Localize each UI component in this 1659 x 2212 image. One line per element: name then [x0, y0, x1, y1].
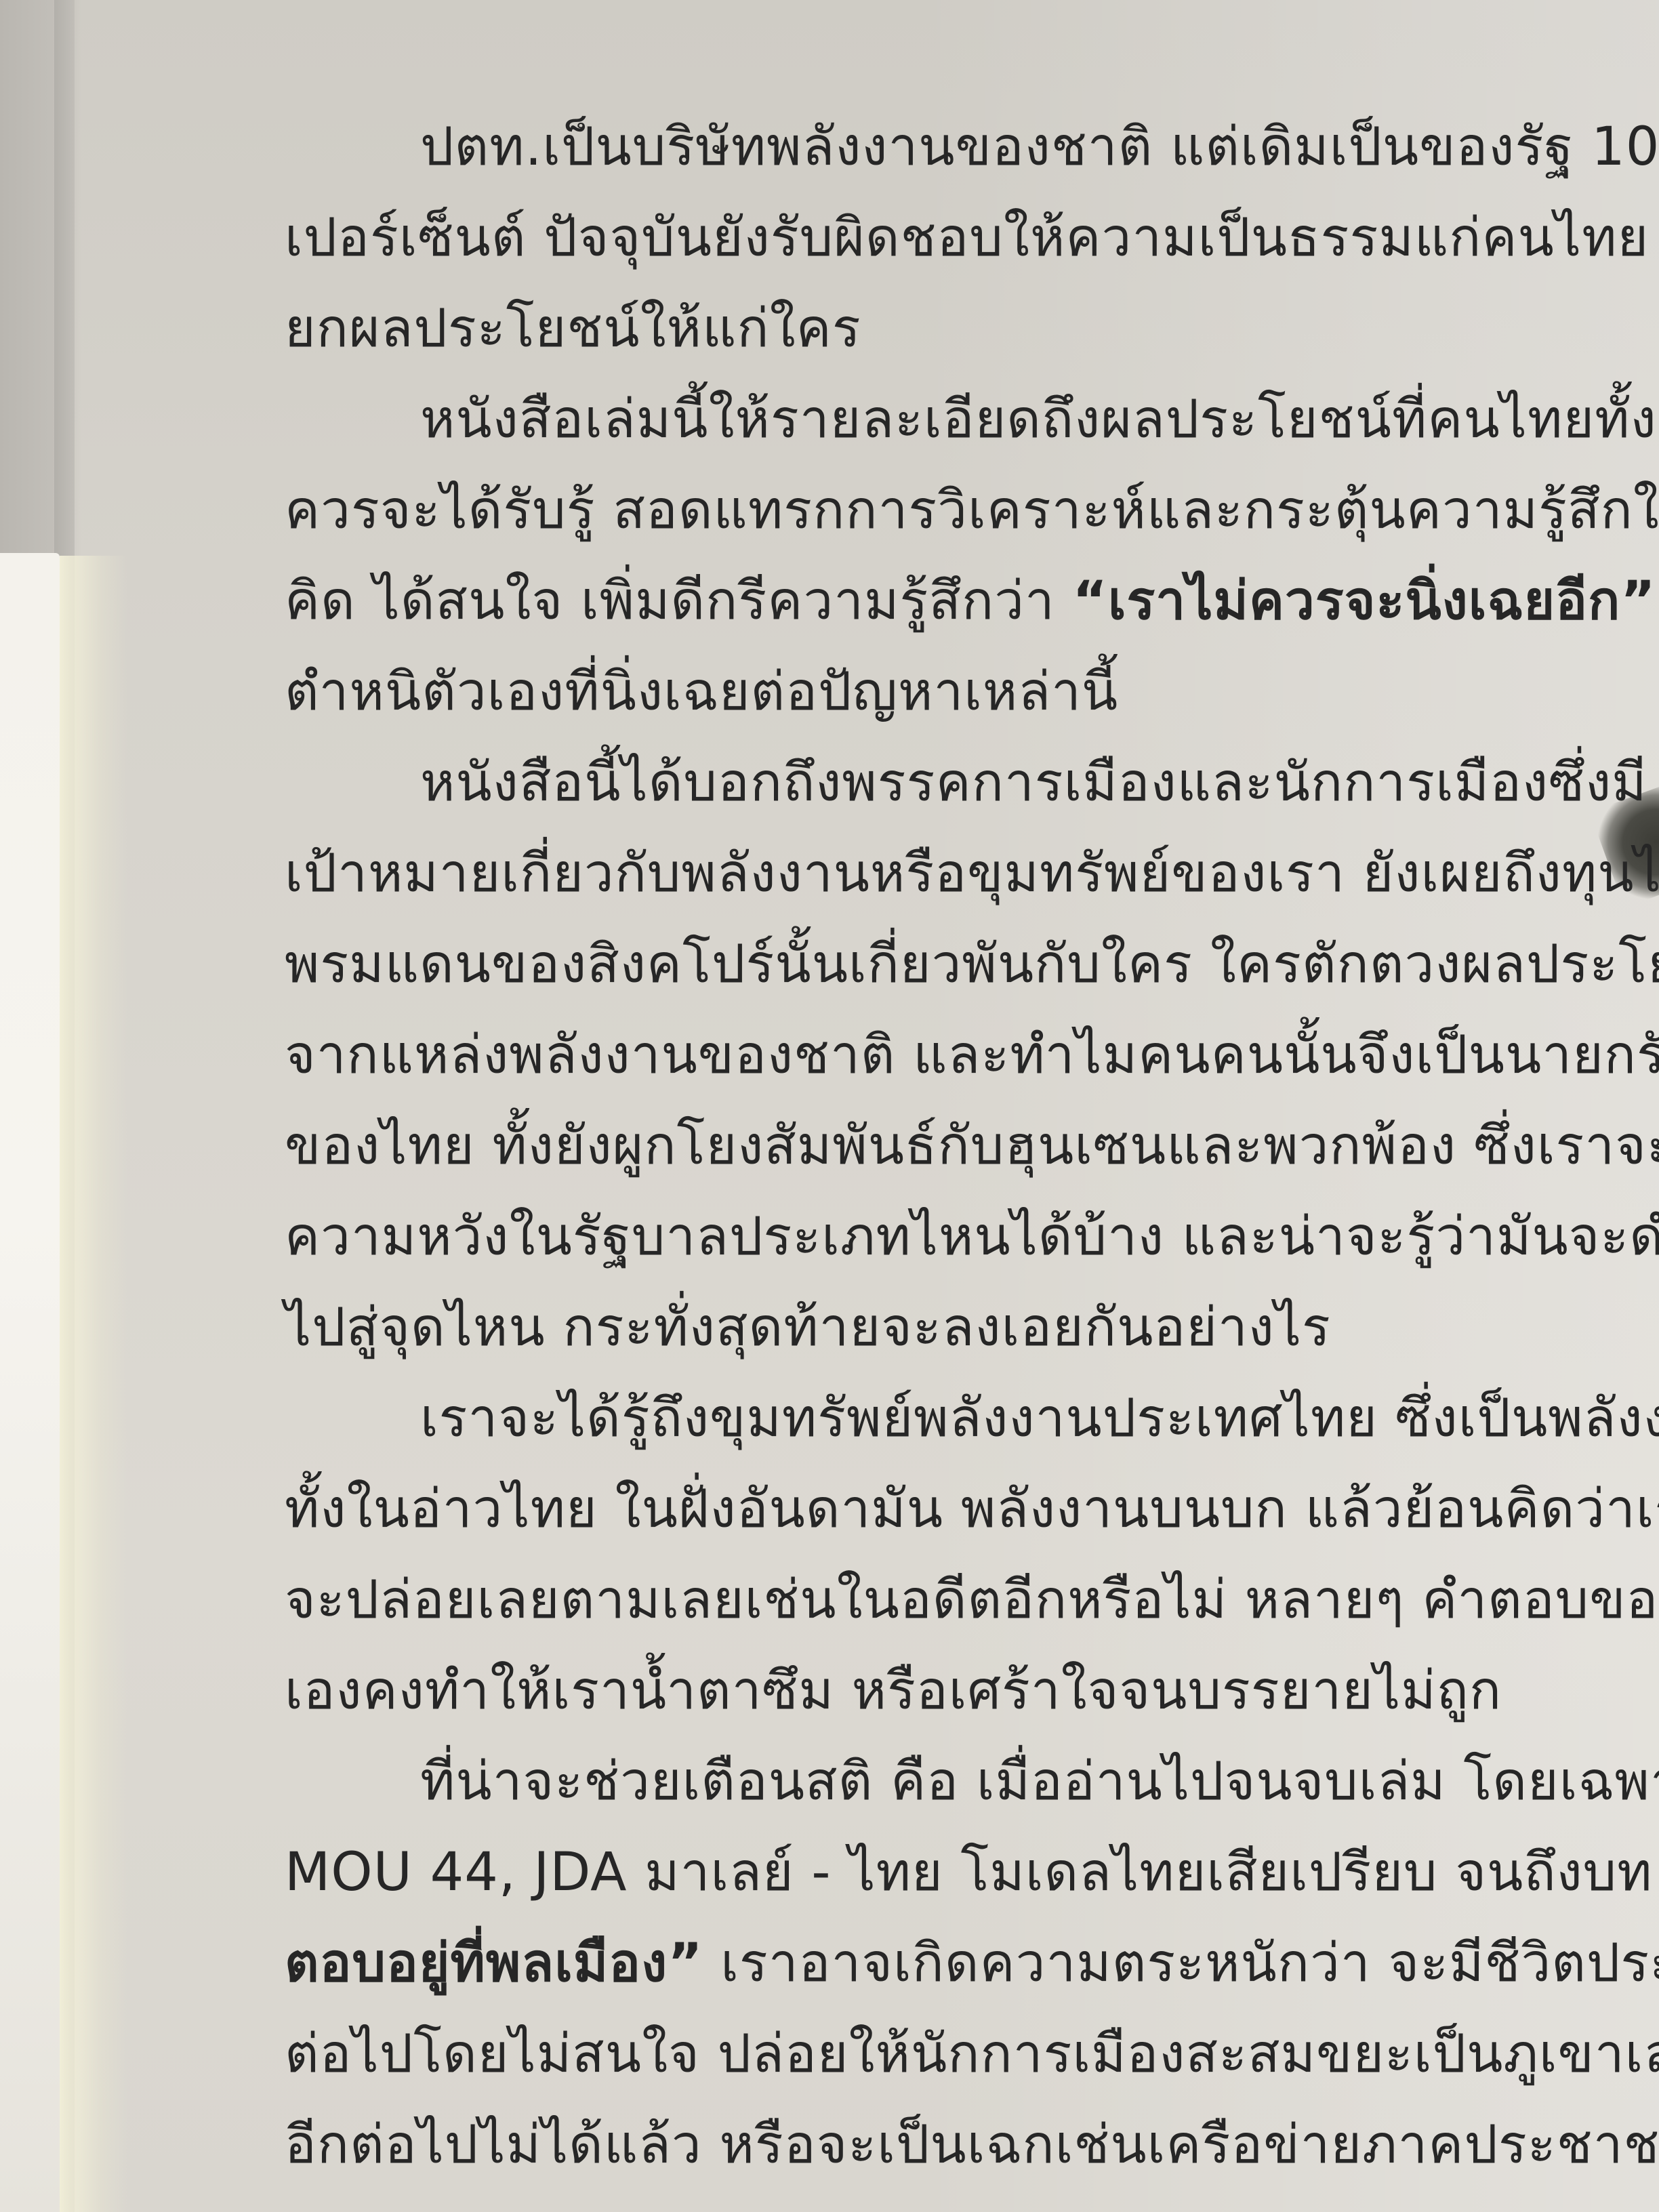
text-line: เป้าหมายเกี่ยวกับพลังงานหรือขุมทรัพย์ของ… — [285, 828, 1569, 919]
text-line: เปอร์เซ็นต์ ปัจจุบันยังรับผิดชอบให้ความเ… — [285, 192, 1569, 283]
text-segment: คิด ได้สนใจ เพิ่มดีกรีความรู้สึกว่า — [285, 571, 1073, 632]
text-line: เราจะได้รู้ถึงขุมทรัพย์พลังงานประเทศไทย … — [285, 1373, 1569, 1464]
text-segment: และ — [1656, 571, 1659, 632]
text-line: หนังสือนี้ได้บอกถึงพรรคการเมืองและนักการ… — [285, 737, 1569, 828]
text-line: จะปล่อยเลยตามเลยเช่นในอดีตอีกหรือไม่ หลา… — [285, 1555, 1569, 1645]
light-glow — [60, 556, 127, 2212]
text-line: อีกต่อไปไม่ได้แล้ว หรือจะเป็นเฉกเช่นเครื… — [285, 2100, 1569, 2190]
text-segment: เราอาจเกิดความตระหนักว่า จะมีชีวิตประจำว… — [703, 1933, 1659, 1994]
text-line: ตำหนิตัวเองที่นิ่งเฉยต่อปัญหาเหล่านี้ — [285, 647, 1569, 737]
text-line: เองคงทำให้เราน้ำตาซึม หรือเศร้าใจจนบรรยา… — [285, 1645, 1569, 1736]
text-line: ตอบอยู่ที่พลเมือง” เราอาจเกิดความตระหนัก… — [285, 1918, 1569, 2009]
text-line: คิด ได้สนใจ เพิ่มดีกรีความรู้สึกว่า “เรา… — [285, 556, 1569, 647]
text-line: ยกผลประโยชน์ให้แก่ใคร — [285, 283, 1569, 374]
text-line: ต่อไปโดยไม่สนใจ ปล่อยให้นักการเมืองสะสมข… — [285, 2009, 1569, 2100]
text-segment: MOU 44, JDA มาเลย์ - ไทย โมเดลไทยเสียเปร… — [285, 1842, 1659, 1903]
text-line: ทั้งในอ่าวไทย ในฝั่งอันดามัน พลังงานบนบก… — [285, 1464, 1569, 1555]
text-line: ที่น่าจะช่วยเตือนสติ คือ เมื่ออ่านไปจนจบ… — [285, 1736, 1569, 1827]
text-line: ความหวังในรัฐบาลประเภทไหนได้บ้าง และน่าจ… — [285, 1191, 1569, 1282]
text-line: ของไทย ทั้งยังผูกโยงสัมพันธ์กับฮุนเซนและ… — [285, 1101, 1569, 1191]
text-line: ควรจะได้รับรู้ สอดแทรกการวิเคราะห์และกระ… — [285, 465, 1569, 556]
page-edge-highlight — [0, 553, 60, 2212]
bold-quote: ตอบอยู่ที่พลเมือง” — [285, 1933, 703, 1994]
text-line: จากแหล่งพลังงานของชาติ และทำไมคนคนนั้นจึ… — [285, 1010, 1569, 1101]
text-line: MOU 44, JDA มาเลย์ - ไทย โมเดลไทยเสียเปร… — [285, 1827, 1569, 1918]
text-line: หนังสือเล่มนี้ให้รายละเอียดถึงผลประโยชน์… — [285, 374, 1569, 465]
body-text: ปตท.เป็นบริษัทพลังงานของชาติ แต่เดิมเป็น… — [285, 102, 1569, 2190]
bold-quote: “เราไม่ควรจะนิ่งเฉยอีก” — [1073, 571, 1656, 632]
text-line: ไปสู่จุดไหน กระทั่งสุดท้ายจะลงเอยกันอย่า… — [285, 1282, 1569, 1373]
text-line: ปตท.เป็นบริษัทพลังงานของชาติ แต่เดิมเป็น… — [285, 102, 1569, 192]
text-line: พรมแดนของสิงคโปร์นั้นเกี่ยวพันกับใคร ใคร… — [285, 919, 1569, 1010]
